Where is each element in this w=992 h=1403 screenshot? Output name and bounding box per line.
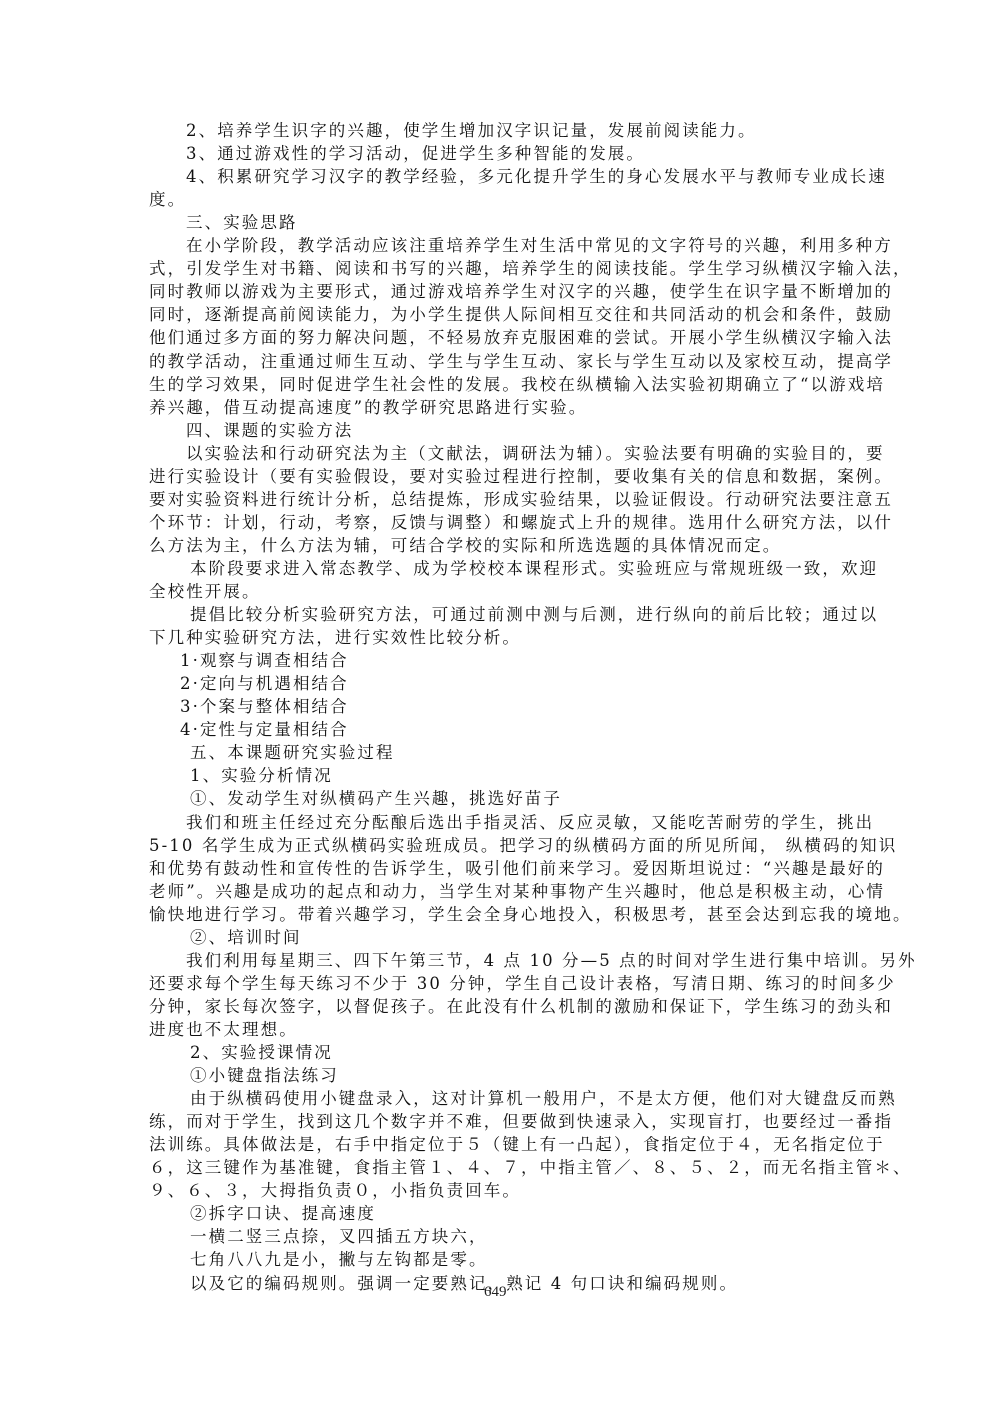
text-line: 3、通过游戏性的学习活动，促进学生多种智能的发展。	[186, 142, 846, 165]
text-line: 全校性开展。	[149, 580, 846, 603]
text-line: 愉快地进行学习。带着兴趣学习，学生会全身心地投入，积极思考，甚至会达到忘我的境地…	[149, 903, 846, 926]
text-line: 五、本课题研究实验过程	[190, 741, 846, 764]
text-line: ６，这三键作为基准键，食指主管１、４、７，中指主管／、８、５、２，而无名指主管＊…	[149, 1156, 846, 1179]
text-line: 分钟，家长每次签字，以督促孩子。在此没有什么机制的激励和保证下，学生练习的劲头和	[149, 995, 846, 1018]
text-line: ①、发动学生对纵横码产生兴趣，挑选好苗子	[190, 787, 846, 810]
text-line: 四、课题的实验方法	[186, 419, 846, 442]
text-line: 2·定向与机遇相结合	[180, 672, 840, 695]
text-line: 七角八八九是小，撇与左钩都是零。	[190, 1248, 846, 1271]
text-line: 生的学习效果，同时促进学生社会性的发展。我校在纵横输入法实验初期确立了“以游戏培	[149, 373, 846, 396]
text-line: 由于纵横码使用小键盘录入，这对计算机一般用户，不是太方便，他们对大键盘反而熟	[190, 1087, 846, 1110]
text-line: 4·定性与定量相结合	[180, 718, 840, 741]
document-page: 2、培养学生识字的兴趣，使学生增加汉字识记量，发展前阅读能力。3、通过游戏性的学…	[0, 0, 992, 1403]
text-line: 练，而对于学生，找到这几个数字并不难，但要做到快速录入，实现盲打，也要经过一番指	[149, 1110, 846, 1133]
text-line: 一横二竖三点捺，叉四插五方块六，	[190, 1225, 846, 1248]
text-line: 还要求每个学生每天练习不少于 30 分钟，学生自己设计表格，写清日期、练习的时间…	[149, 972, 846, 995]
text-line: 在小学阶段，教学活动应该注重培养学生对生活中常见的文字符号的兴趣，利用多种方	[186, 234, 846, 257]
text-line: 以实验法和行动研究法为主（文献法，调研法为辅）。实验法要有明确的实验目的，要	[186, 442, 846, 465]
text-line: ②、培训时间	[190, 926, 846, 949]
text-line: 的教学活动，注重通过师生互动、学生与学生互动、家长与学生互动以及家校互动，提高学	[149, 350, 846, 373]
page-number: 649	[484, 1284, 507, 1301]
text-line: 我们利用每星期三、四下午第三节，4 点 10 分—5 点的时间对学生进行集中培训…	[186, 949, 846, 972]
text-line: 和优势有鼓动性和宣传性的告诉学生，吸引他们前来学习。爱因斯坦说过：“兴趣是最好的	[149, 857, 846, 880]
text-line: 么方法为主，什么方法为辅，可结合学校的实际和所选选题的具体情况而定。	[149, 534, 846, 557]
text-line: 5-10 名学生成为正式纵横码实验班成员。把学习的纵横码方面的所见所闻， 纵横码…	[149, 834, 846, 857]
text-line: 1、实验分析情况	[190, 764, 846, 787]
text-line: 法训练。具体做法是，右手中指定位于５（键上有一凸起），食指定位于４，无名指定位于	[149, 1133, 846, 1156]
text-line: 要对实验资料进行统计分析，总结提炼，形成实验结果，以验证假设。行动研究法要注意五	[149, 488, 846, 511]
text-line: 养兴趣，借互动提高速度”的教学研究思路进行实验。	[149, 396, 846, 419]
text-line: 4、积累研究学习汉字的教学经验，多元化提升学生的身心发展水平与教师专业成长速	[186, 165, 846, 188]
text-line: 进行实验设计（要有实验假设，要对实验过程进行控制，要收集有关的信息和数据，案例。	[149, 465, 846, 488]
text-line: 3·个案与整体相结合	[180, 695, 840, 718]
text-line: 我们和班主任经过充分酝酿后选出手指灵活、反应灵敏，又能吃苦耐劳的学生，挑出	[186, 811, 846, 834]
text-line: ①小键盘指法练习	[190, 1064, 846, 1087]
text-line: 三、实验思路	[186, 211, 846, 234]
text-line: 老师”。兴趣是成功的起点和动力，当学生对某种事物产生兴趣时，他总是积极主动，心情	[149, 880, 846, 903]
text-line: 1·观察与调查相结合	[180, 649, 840, 672]
text-line: 提倡比较分析实验研究方法，可通过前测中测与后测，进行纵向的前后比较；通过以	[190, 603, 846, 626]
text-line: 同时，逐渐提高前阅读能力，为小学生提供人际间相互交往和共同活动的机会和条件，鼓励	[149, 303, 846, 326]
text-line: 2、培养学生识字的兴趣，使学生增加汉字识记量，发展前阅读能力。	[186, 119, 846, 142]
text-line: 式，引发学生对书籍、阅读和书写的兴趣，培养学生的阅读技能。学生学习纵横汉字输入法…	[149, 257, 846, 280]
text-line: 个环节：计划，行动，考察，反馈与调整）和螺旋式上升的规律。选用什么研究方法，以什	[149, 511, 846, 534]
text-line: ②拆字口诀、提高速度	[190, 1202, 846, 1225]
text-line: 同时教师以游戏为主要形式，通过游戏培养学生对汉字的兴趣，使学生在识字量不断增加的	[149, 280, 846, 303]
text-line: 度。	[149, 188, 846, 211]
text-line: 下几种实验研究方法，进行实效性比较分析。	[149, 626, 846, 649]
text-line: 进度也不太理想。	[149, 1018, 846, 1041]
text-line: 以及它的编码规则。强调一定要熟记，熟记 4 句口诀和编码规则。	[190, 1272, 846, 1295]
text-line: ９、６、３，大拇指负责０，小指负责回车。	[149, 1179, 846, 1202]
text-line: 他们通过多方面的努力解决问题，不轻易放弃克服困难的尝试。开展小学生纵横汉字输入法	[149, 326, 846, 349]
text-line: 本阶段要求进入常态教学、成为学校校本课程形式。实验班应与常规班级一致，欢迎	[190, 557, 846, 580]
text-line: 2、实验授课情况	[190, 1041, 846, 1064]
